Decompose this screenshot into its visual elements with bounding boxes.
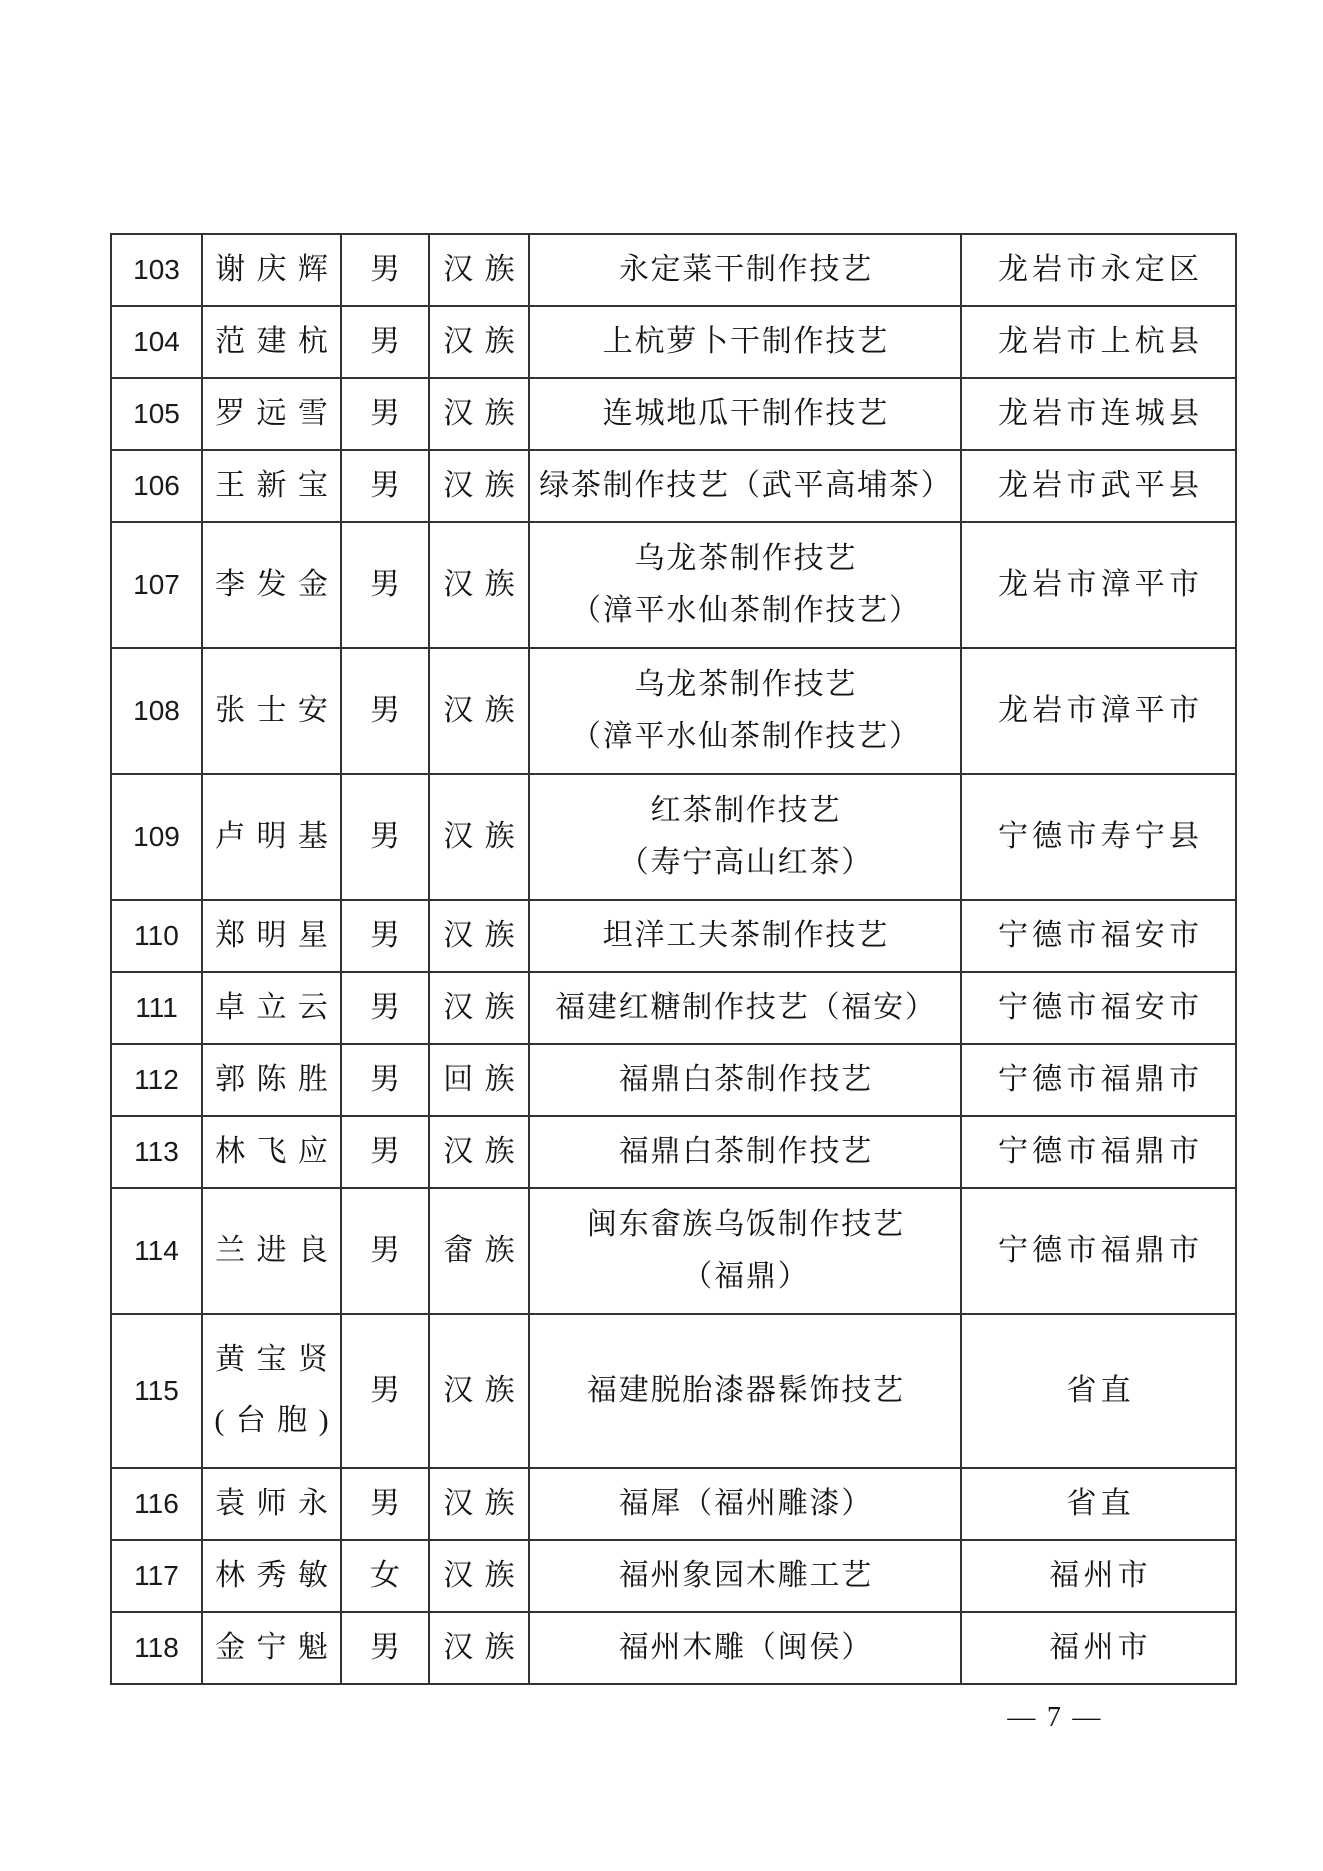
person-name: 谢庆辉 — [203, 237, 340, 303]
person-name-text: 李发金 — [204, 568, 340, 603]
person-name: 卢明基 — [203, 777, 340, 897]
gender-text: 男 — [370, 820, 400, 855]
region: 龙岩市漳平市 — [962, 525, 1235, 645]
row-number-text: 117 — [134, 1560, 179, 1592]
project-name-text: （寿宁高山红茶） — [617, 846, 873, 881]
row-number-text: 108 — [133, 695, 180, 727]
project-name-text: 福犀（福州雕漆） — [617, 1487, 873, 1522]
row-number: 118 — [112, 1615, 201, 1681]
row-number: 110 — [112, 903, 201, 969]
table-row: 105 罗远雪 男 汉族 连城地瓜干制作技艺 龙岩市连城县 — [111, 378, 1236, 450]
table-row: 114 兰进良 男 畲族 闽东畲族乌饭制作技艺（福鼎） 宁德市福鼎市 — [111, 1188, 1236, 1314]
region-text: 宁德市福安市 — [994, 919, 1203, 954]
row-number: 109 — [112, 777, 201, 897]
project-name: 福建红糖制作技艺（福安） — [530, 975, 960, 1041]
ethnicity-text: 汉族 — [432, 325, 526, 360]
person-name: 李发金 — [203, 525, 340, 645]
project-name-text: 闽东畲族乌饭制作技艺 — [585, 1208, 905, 1243]
ethnicity-text: 汉族 — [432, 568, 526, 603]
region-text: 宁德市福鼎市 — [994, 1063, 1203, 1098]
person-name-text: 林秀敏 — [204, 1559, 340, 1594]
region-text: 龙岩市上杭县 — [994, 325, 1203, 360]
ethnicity: 汉族 — [430, 453, 528, 519]
region-text: 福州市 — [1045, 1631, 1152, 1666]
project-name: 连城地瓜干制作技艺 — [530, 381, 960, 447]
gender: 男 — [342, 237, 428, 303]
ethnicity-text: 汉族 — [432, 253, 526, 288]
region-text: 福州市 — [1045, 1559, 1152, 1594]
person-name-text: 林飞应 — [204, 1135, 340, 1170]
row-number: 107 — [112, 525, 201, 645]
person-name: 林飞应 — [203, 1119, 340, 1185]
project-name: 绿茶制作技艺（武平高埔茶） — [530, 453, 960, 519]
region-text: 宁德市福安市 — [994, 991, 1203, 1026]
gender-text: 男 — [370, 1374, 400, 1409]
table-row: 110 郑明星 男 汉族 坦洋工夫茶制作技艺 宁德市福安市 — [111, 900, 1236, 972]
row-number-text: 116 — [134, 1488, 179, 1520]
ethnicity-text: 汉族 — [432, 1135, 526, 1170]
gender-text: 男 — [370, 1063, 400, 1098]
region: 龙岩市永定区 — [962, 237, 1235, 303]
region-text: 龙岩市永定区 — [994, 253, 1203, 288]
person-name-text: 金宁魁 — [204, 1631, 340, 1666]
region-text: 宁德市福鼎市 — [994, 1135, 1203, 1170]
person-name-text: 谢庆辉 — [204, 253, 340, 288]
gender-text: 男 — [370, 1234, 400, 1269]
project-name: 永定菜干制作技艺 — [530, 237, 960, 303]
row-number: 111 — [112, 975, 201, 1041]
row-number-text: 115 — [134, 1375, 179, 1407]
project-name-text: 永定菜干制作技艺 — [617, 253, 873, 288]
row-number-text: 109 — [133, 821, 180, 853]
ethnicity: 汉族 — [430, 525, 528, 645]
project-name: 闽东畲族乌饭制作技艺（福鼎） — [530, 1191, 960, 1311]
row-number-text: 113 — [134, 1136, 179, 1168]
page-number: — 7 — — [985, 1702, 1125, 1734]
project-name-text: 福建脱胎漆器髹饰技艺 — [585, 1374, 905, 1409]
region: 龙岩市武平县 — [962, 453, 1235, 519]
project-name-text: 福州木雕（闽侯） — [617, 1631, 873, 1666]
gender: 男 — [342, 1191, 428, 1311]
table-row: 107 李发金 男 汉族 乌龙茶制作技艺（漳平水仙茶制作技艺） 龙岩市漳平市 — [111, 522, 1236, 648]
region: 宁德市福鼎市 — [962, 1119, 1235, 1185]
project-name-text: 乌龙茶制作技艺 — [633, 668, 857, 703]
gender-text: 男 — [370, 397, 400, 432]
gender: 男 — [342, 381, 428, 447]
project-name-text: 福鼎白茶制作技艺 — [617, 1135, 873, 1170]
ethnicity: 汉族 — [430, 1615, 528, 1681]
region-text: 龙岩市连城县 — [994, 397, 1203, 432]
project-name: 乌龙茶制作技艺（漳平水仙茶制作技艺） — [530, 651, 960, 771]
gender: 男 — [342, 1047, 428, 1113]
gender-text: 女 — [370, 1559, 400, 1594]
region-text: 省直 — [1062, 1487, 1135, 1522]
person-name: 黄宝贤(台胞) — [203, 1317, 340, 1465]
project-name: 坦洋工夫茶制作技艺 — [530, 903, 960, 969]
project-name-text: （福鼎） — [681, 1260, 810, 1295]
region: 宁德市福鼎市 — [962, 1047, 1235, 1113]
person-name: 张士安 — [203, 651, 340, 771]
region: 福州市 — [962, 1615, 1235, 1681]
row-number: 106 — [112, 453, 201, 519]
person-name-text: 黄宝贤 — [204, 1343, 340, 1378]
gender: 男 — [342, 903, 428, 969]
row-number: 112 — [112, 1047, 201, 1113]
row-number: 108 — [112, 651, 201, 771]
row-number: 115 — [112, 1317, 201, 1465]
table-row: 118 金宁魁 男 汉族 福州木雕（闽侯） 福州市 — [111, 1612, 1236, 1684]
ethnicity-text: 汉族 — [432, 1374, 526, 1409]
ethnicity: 汉族 — [430, 903, 528, 969]
project-name-text: 福鼎白茶制作技艺 — [617, 1063, 873, 1098]
document-page: 103 谢庆辉 男 汉族 永定菜干制作技艺 龙岩市永定区 104 范建杭 男 汉… — [0, 0, 1323, 1871]
person-name-text: 张士安 — [204, 694, 340, 729]
project-name-text: 红茶制作技艺 — [649, 794, 842, 829]
ethnicity-text: 汉族 — [432, 397, 526, 432]
table-row: 106 王新宝 男 汉族 绿茶制作技艺（武平高埔茶） 龙岩市武平县 — [111, 450, 1236, 522]
project-name: 红茶制作技艺（寿宁高山红茶） — [530, 777, 960, 897]
row-number: 104 — [112, 309, 201, 375]
region: 龙岩市上杭县 — [962, 309, 1235, 375]
person-name: 袁师永 — [203, 1471, 340, 1537]
project-name: 福鼎白茶制作技艺 — [530, 1047, 960, 1113]
ethnicity-text: 汉族 — [432, 694, 526, 729]
gender: 男 — [342, 1471, 428, 1537]
ethnicity-text: 汉族 — [432, 469, 526, 504]
project-name: 乌龙茶制作技艺（漳平水仙茶制作技艺） — [530, 525, 960, 645]
row-number: 113 — [112, 1119, 201, 1185]
gender: 男 — [342, 309, 428, 375]
gender-text: 男 — [370, 1631, 400, 1666]
region-text: 龙岩市漳平市 — [994, 568, 1203, 603]
person-name-text: 范建杭 — [204, 325, 340, 360]
ethnicity-text: 汉族 — [432, 1559, 526, 1594]
table-row: 113 林飞应 男 汉族 福鼎白茶制作技艺 宁德市福鼎市 — [111, 1116, 1236, 1188]
ethnicity-text: 汉族 — [432, 1631, 526, 1666]
person-name-text: 卓立云 — [204, 991, 340, 1026]
person-name-text: 卢明基 — [204, 820, 340, 855]
ethnicity: 汉族 — [430, 1543, 528, 1609]
region: 龙岩市连城县 — [962, 381, 1235, 447]
table-row: 104 范建杭 男 汉族 上杭萝卜干制作技艺 龙岩市上杭县 — [111, 306, 1236, 378]
project-name: 福建脱胎漆器髹饰技艺 — [530, 1317, 960, 1465]
row-number-text: 110 — [134, 920, 179, 952]
project-name-text: 绿茶制作技艺（武平高埔茶） — [537, 469, 952, 504]
table-row: 115 黄宝贤(台胞) 男 汉族 福建脱胎漆器髹饰技艺 省直 — [111, 1314, 1236, 1468]
person-name-text: 兰进良 — [204, 1234, 340, 1269]
project-name-text: 连城地瓜干制作技艺 — [601, 397, 889, 432]
gender: 男 — [342, 777, 428, 897]
region-text: 省直 — [1062, 1374, 1135, 1409]
ethnicity: 汉族 — [430, 1471, 528, 1537]
project-name-text: （漳平水仙茶制作技艺） — [569, 594, 921, 629]
region-text: 宁德市寿宁县 — [994, 820, 1203, 855]
region: 省直 — [962, 1471, 1235, 1537]
ethnicity: 汉族 — [430, 1317, 528, 1465]
gender-text: 男 — [370, 568, 400, 603]
gender-text: 男 — [370, 253, 400, 288]
table-row: 111 卓立云 男 汉族 福建红糖制作技艺（福安） 宁德市福安市 — [111, 972, 1236, 1044]
project-name: 福州木雕（闽侯） — [530, 1615, 960, 1681]
gender-text: 男 — [370, 469, 400, 504]
person-name: 范建杭 — [203, 309, 340, 375]
gender: 男 — [342, 1317, 428, 1465]
row-number: 117 — [112, 1543, 201, 1609]
table-row: 117 林秀敏 女 汉族 福州象园木雕工艺 福州市 — [111, 1540, 1236, 1612]
region: 宁德市福安市 — [962, 903, 1235, 969]
region-text: 龙岩市漳平市 — [994, 694, 1203, 729]
row-number: 114 — [112, 1191, 201, 1311]
person-name: 卓立云 — [203, 975, 340, 1041]
project-name-text: 福州象园木雕工艺 — [617, 1559, 873, 1594]
person-name: 林秀敏 — [203, 1543, 340, 1609]
ethnicity: 汉族 — [430, 309, 528, 375]
ethnicity: 汉族 — [430, 381, 528, 447]
region: 龙岩市漳平市 — [962, 651, 1235, 771]
person-name-text: 王新宝 — [204, 469, 340, 504]
person-name-text: 郑明星 — [204, 919, 340, 954]
person-name-text: 袁师永 — [204, 1487, 340, 1522]
row-number-text: 104 — [133, 326, 180, 358]
gender-text: 男 — [370, 919, 400, 954]
region-text: 宁德市福鼎市 — [994, 1234, 1203, 1269]
ethnicity-text: 汉族 — [432, 1487, 526, 1522]
ethnicity: 回族 — [430, 1047, 528, 1113]
gender: 男 — [342, 525, 428, 645]
gender: 女 — [342, 1543, 428, 1609]
gender-text: 男 — [370, 694, 400, 729]
gender: 男 — [342, 1615, 428, 1681]
gender-text: 男 — [370, 325, 400, 360]
row-number-text: 106 — [133, 470, 180, 502]
project-name: 福犀（福州雕漆） — [530, 1471, 960, 1537]
gender: 男 — [342, 975, 428, 1041]
project-name: 福鼎白茶制作技艺 — [530, 1119, 960, 1185]
table-row: 116 袁师永 男 汉族 福犀（福州雕漆） 省直 — [111, 1468, 1236, 1540]
row-number-text: 103 — [133, 254, 180, 286]
ethnicity-text: 汉族 — [432, 820, 526, 855]
region: 福州市 — [962, 1543, 1235, 1609]
region: 宁德市寿宁县 — [962, 777, 1235, 897]
gender-text: 男 — [370, 1135, 400, 1170]
row-number: 103 — [112, 237, 201, 303]
project-name-text: 上杭萝卜干制作技艺 — [601, 325, 889, 360]
gender: 男 — [342, 453, 428, 519]
row-number-text: 114 — [134, 1235, 179, 1267]
table-row: 109 卢明基 男 汉族 红茶制作技艺（寿宁高山红茶） 宁德市寿宁县 — [111, 774, 1236, 900]
ethnicity-text: 回族 — [432, 1063, 526, 1098]
project-name-text: （漳平水仙茶制作技艺） — [569, 720, 921, 755]
row-number-text: 118 — [134, 1632, 179, 1664]
ethnicity-text: 汉族 — [432, 991, 526, 1026]
person-name: 兰进良 — [203, 1191, 340, 1311]
row-number-text: 111 — [135, 992, 178, 1024]
person-name: 王新宝 — [203, 453, 340, 519]
project-name-text: 坦洋工夫茶制作技艺 — [601, 919, 889, 954]
row-number-text: 105 — [133, 398, 180, 430]
region: 省直 — [962, 1317, 1235, 1465]
project-name-text: 福建红糖制作技艺（福安） — [553, 991, 936, 1026]
ethnicity-text: 汉族 — [432, 919, 526, 954]
row-number: 116 — [112, 1471, 201, 1537]
gender: 男 — [342, 1119, 428, 1185]
table-row: 103 谢庆辉 男 汉族 永定菜干制作技艺 龙岩市永定区 — [111, 234, 1236, 306]
gender: 男 — [342, 651, 428, 771]
region-text: 龙岩市武平县 — [994, 469, 1203, 504]
region: 宁德市福安市 — [962, 975, 1235, 1041]
ethnicity: 汉族 — [430, 237, 528, 303]
person-name-text: 罗远雪 — [204, 397, 340, 432]
inheritors-table: 103 谢庆辉 男 汉族 永定菜干制作技艺 龙岩市永定区 104 范建杭 男 汉… — [110, 233, 1237, 1685]
person-name: 郑明星 — [203, 903, 340, 969]
row-number-text: 107 — [133, 569, 180, 601]
table-row: 108 张士安 男 汉族 乌龙茶制作技艺（漳平水仙茶制作技艺） 龙岩市漳平市 — [111, 648, 1236, 774]
ethnicity: 汉族 — [430, 975, 528, 1041]
person-name-text: (台胞) — [203, 1404, 340, 1439]
table-row: 112 郭陈胜 男 回族 福鼎白茶制作技艺 宁德市福鼎市 — [111, 1044, 1236, 1116]
gender-text: 男 — [370, 991, 400, 1026]
project-name: 上杭萝卜干制作技艺 — [530, 309, 960, 375]
gender-text: 男 — [370, 1487, 400, 1522]
person-name: 郭陈胜 — [203, 1047, 340, 1113]
ethnicity: 畲族 — [430, 1191, 528, 1311]
ethnicity-text: 畲族 — [432, 1234, 526, 1269]
row-number-text: 112 — [134, 1064, 179, 1096]
ethnicity: 汉族 — [430, 777, 528, 897]
person-name-text: 郭陈胜 — [204, 1063, 340, 1098]
region: 宁德市福鼎市 — [962, 1191, 1235, 1311]
person-name: 金宁魁 — [203, 1615, 340, 1681]
ethnicity: 汉族 — [430, 1119, 528, 1185]
project-name: 福州象园木雕工艺 — [530, 1543, 960, 1609]
project-name-text: 乌龙茶制作技艺 — [633, 542, 857, 577]
row-number: 105 — [112, 381, 201, 447]
ethnicity: 汉族 — [430, 651, 528, 771]
person-name: 罗远雪 — [203, 381, 340, 447]
